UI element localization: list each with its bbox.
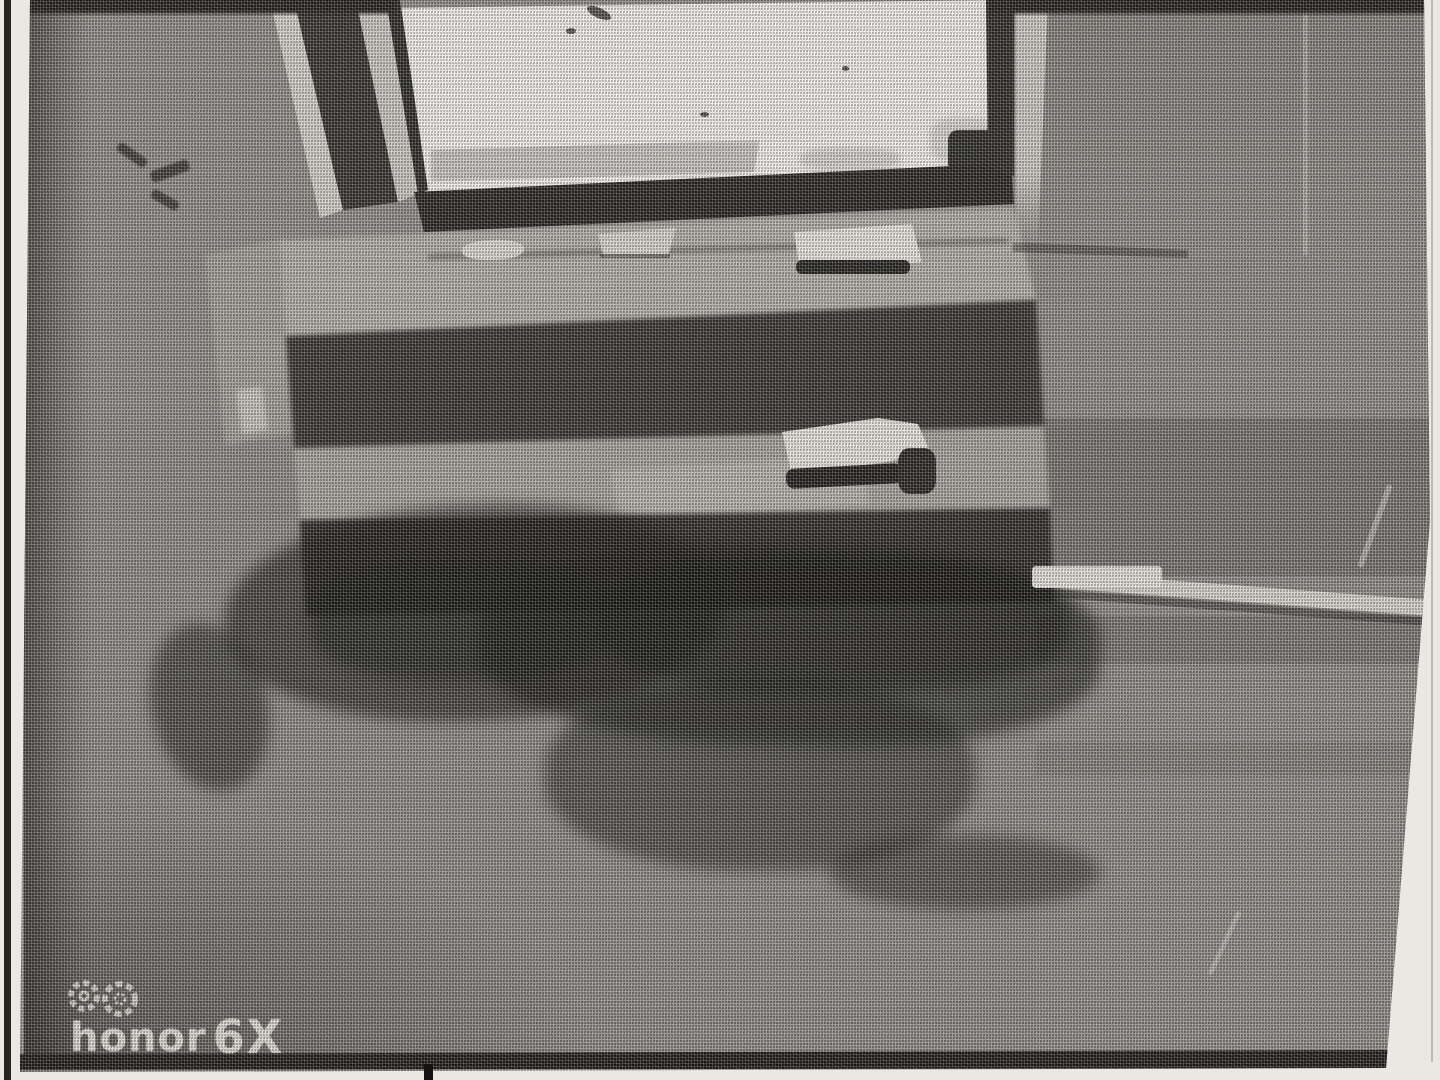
rag-shadow [796,260,910,274]
stain-blob [310,560,610,680]
glass-speckle [566,28,576,34]
cloth-shadow [600,254,670,258]
photo-print: honor 6X [0,0,1440,1080]
baseboard-highlight [1032,566,1162,588]
honor-watermark: honor 6X [64,978,324,1064]
watermark-text: honor 6X [70,1008,284,1062]
glass-speckle [842,66,849,71]
glass-speckle [700,112,709,117]
watermark-brand: honor [70,1015,207,1061]
glove-dark-fold [898,448,936,494]
stain-streak [830,835,1100,910]
print-top-edge [988,0,1428,16]
watermark-model: 6X [213,1010,284,1064]
glass-smudge [800,148,900,170]
page-edge-line [4,0,11,1080]
scanned-page: honor 6X [0,0,1440,1080]
bottom-edge-tick [424,1064,433,1080]
stain-blob-dark-core [600,555,1070,690]
window-latch [948,130,992,168]
print-top-edge [28,0,396,16]
right-margin-line [1431,0,1433,1062]
window-right-frame [986,0,1016,180]
